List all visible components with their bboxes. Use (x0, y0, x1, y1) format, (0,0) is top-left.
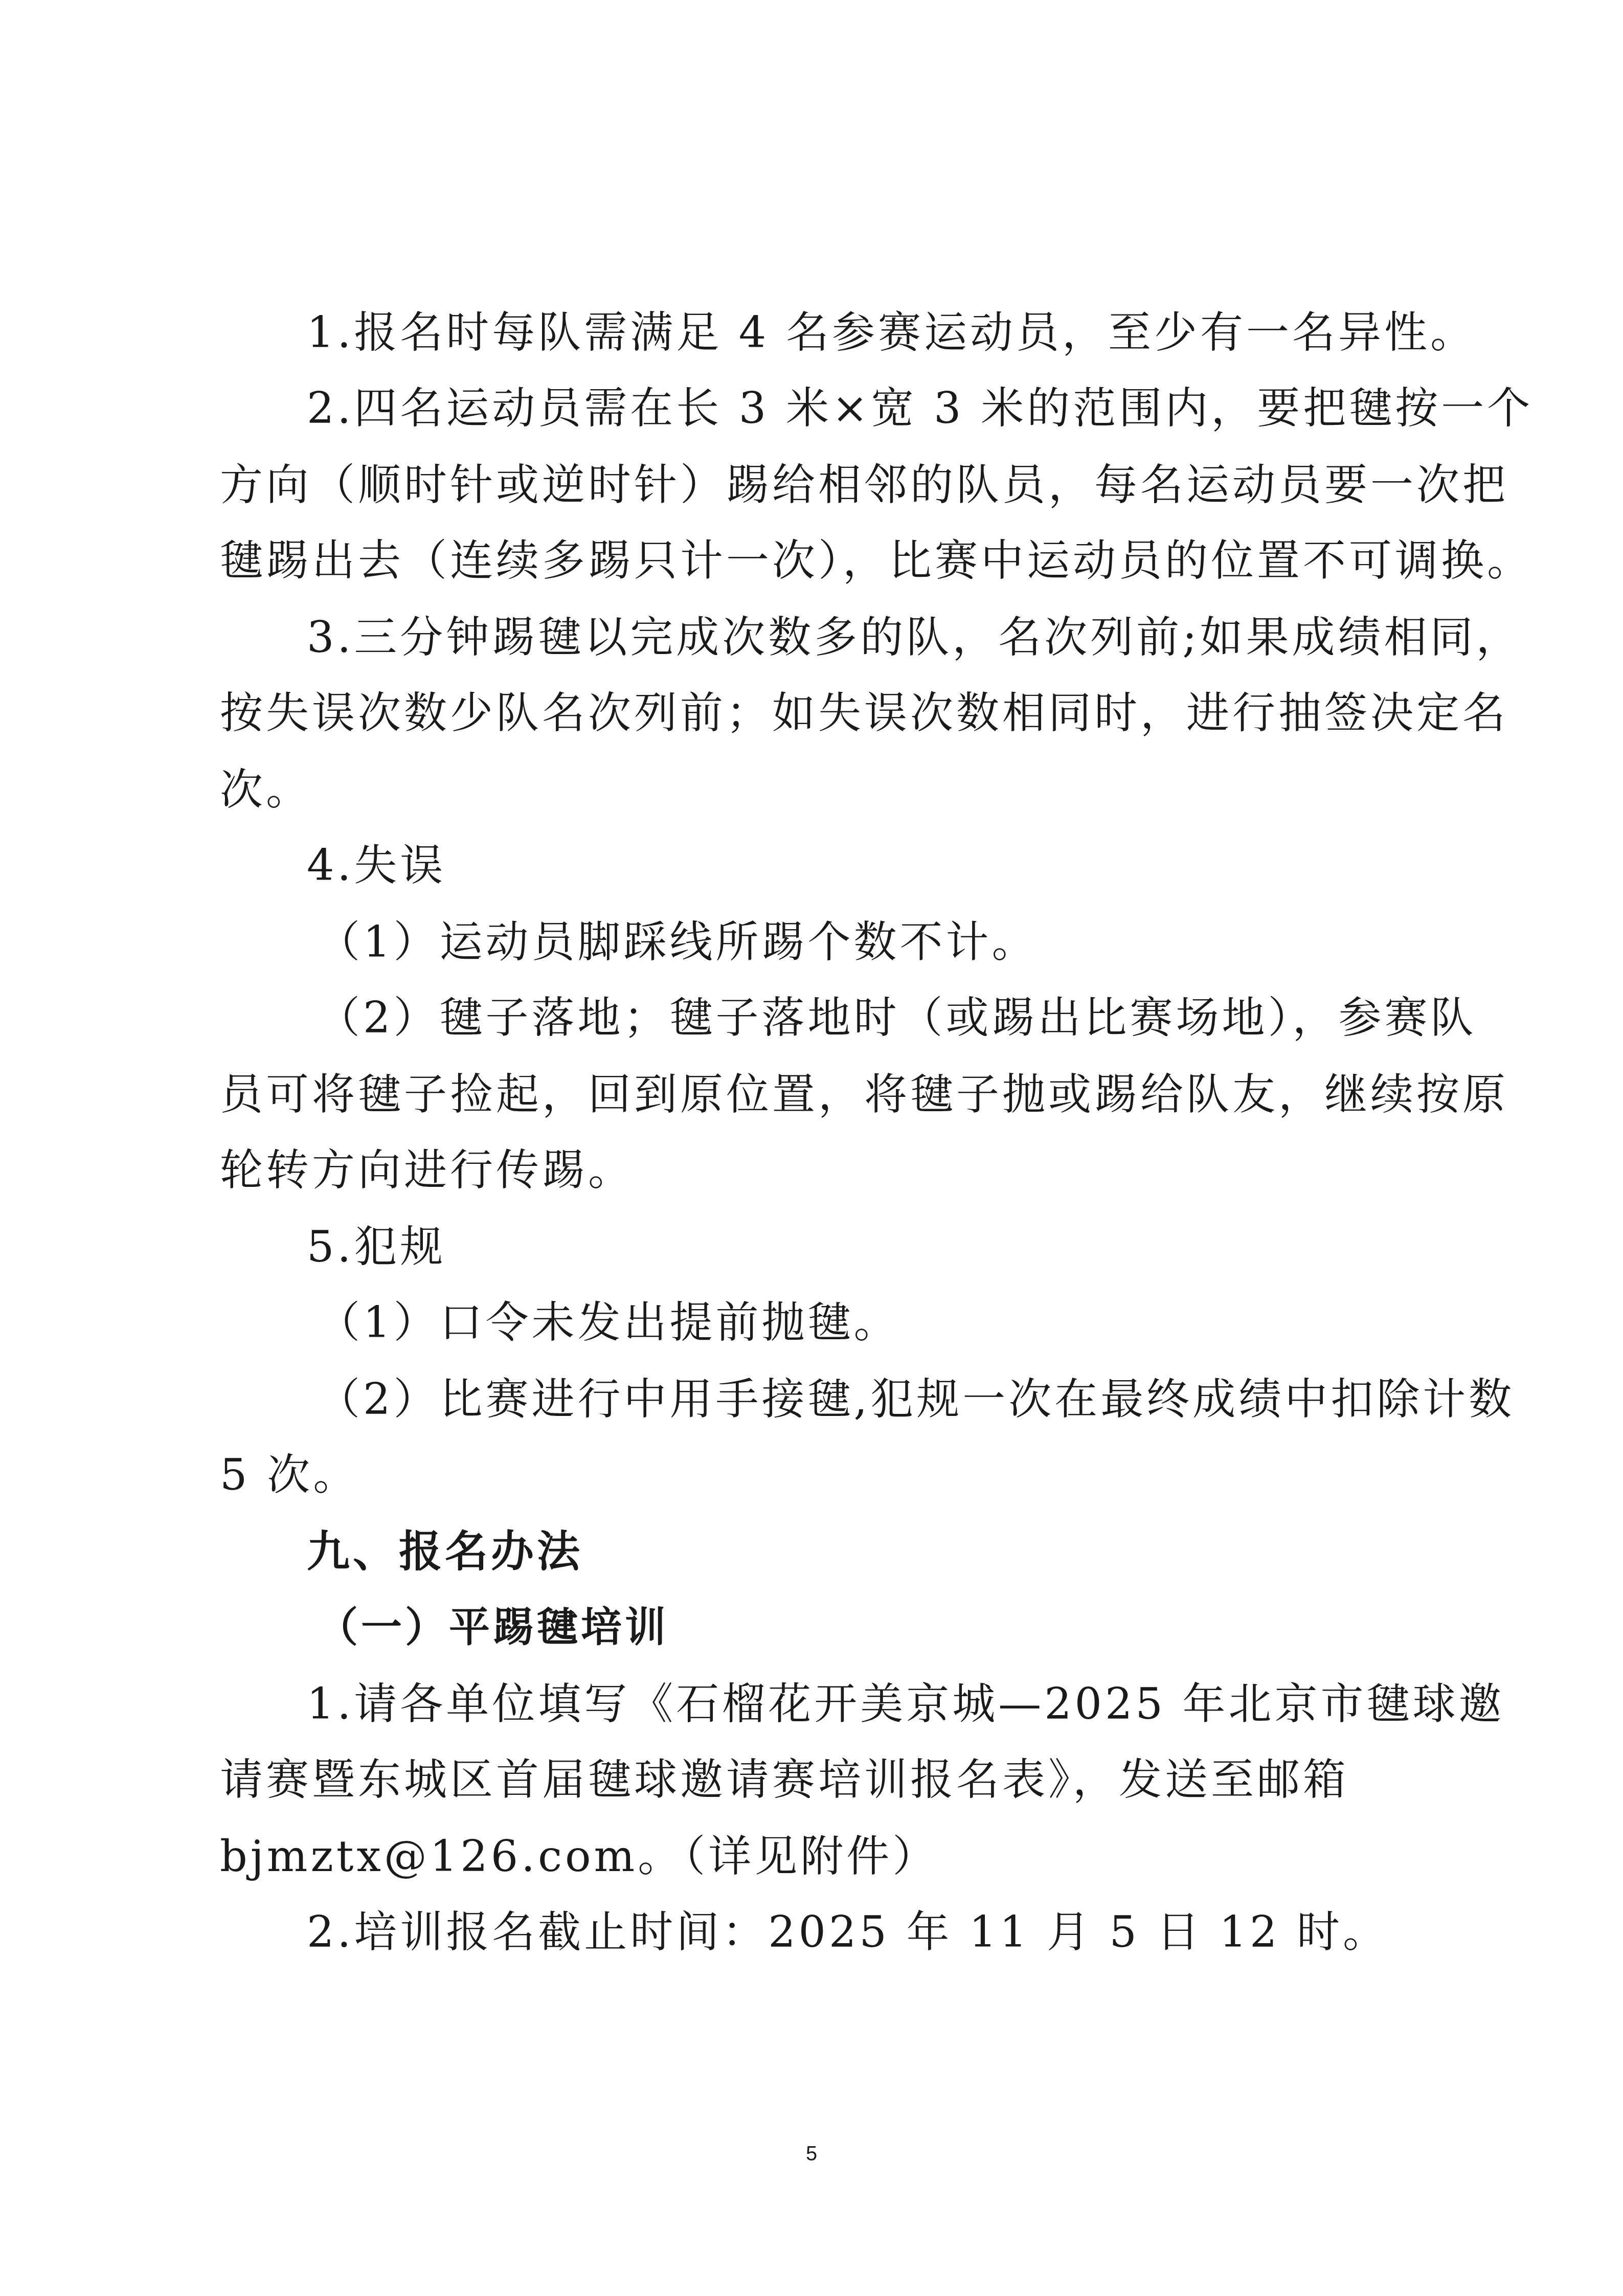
rule-5-item-2-continuation: 5 次。 (220, 1449, 359, 1500)
registration-item-1-continuation-1: 请赛暨东城区首届毽球邀请赛培训报名表》，发送至邮箱 (220, 1754, 1349, 1805)
rule-5-item-1: （1）口令未发出提前抛毽。 (317, 1297, 899, 1348)
rule-2-kicking-area: 2.四名运动员需在长 3 米×宽 3 米的范围内，要把毽按一个 (307, 382, 1533, 434)
rule-5-item-2: （2）比赛进行中用手接毽,犯规一次在最终成绩中扣除计数 (317, 1374, 1515, 1425)
page-number: 5 (0, 2143, 1623, 2166)
rule-4-errors-heading: 4.失误 (307, 840, 446, 891)
rule-4-item-1: （1）运动员脚踩线所踢个数不计。 (317, 916, 1038, 967)
rule-1-team-composition: 1.报名时每队需满足 4 名参赛运动员，至少有一名异性。 (307, 307, 1476, 358)
rule-3-continuation-1: 按失误次数少队名次列前；如失误次数相同时，进行抽签决定名 (220, 687, 1508, 738)
rule-5-fouls-heading: 5.犯规 (307, 1221, 446, 1272)
rule-2-continuation-1: 方向（顺时针或逆时针）踢给相邻的队员，每名运动员要一次把 (220, 459, 1508, 510)
registration-deadline: 2.培训报名截止时间：2025 年 11 月 5 日 12 时。 (307, 1906, 1389, 1957)
section-9-heading: 九、报名办法 (307, 1526, 583, 1577)
document-page: 1.报名时每队需满足 4 名参赛运动员，至少有一名异性。 2.四名运动员需在长 … (0, 0, 1623, 2296)
rule-4-item-2-continuation-1: 员可将毽子捡起，回到原位置，将毽子抛或踢给队友，继续按原 (220, 1069, 1508, 1120)
rule-4-item-2-continuation-2: 轮转方向进行传踢。 (220, 1144, 634, 1196)
rule-2-continuation-2: 毽踢出去（连续多踢只计一次），比赛中运动员的位置不可调换。 (220, 535, 1533, 586)
registration-email-line: bjmztx@126.com。（详见附件） (220, 1831, 938, 1882)
rule-3-ranking: 3.三分钟踢毽以完成次数多的队，名次列前;如果成绩相同， (307, 612, 1522, 663)
rule-4-item-2: （2）毽子落地；毽子落地时（或踢出比赛场地），参赛队 (317, 992, 1476, 1043)
rule-3-continuation-2: 次。 (220, 764, 312, 815)
registration-item-1: 1.请各单位填写《石榴花开美京城—2025 年北京市毽球邀 (307, 1678, 1505, 1729)
subsection-1-heading: （一）平踢毽培训 (317, 1602, 669, 1653)
